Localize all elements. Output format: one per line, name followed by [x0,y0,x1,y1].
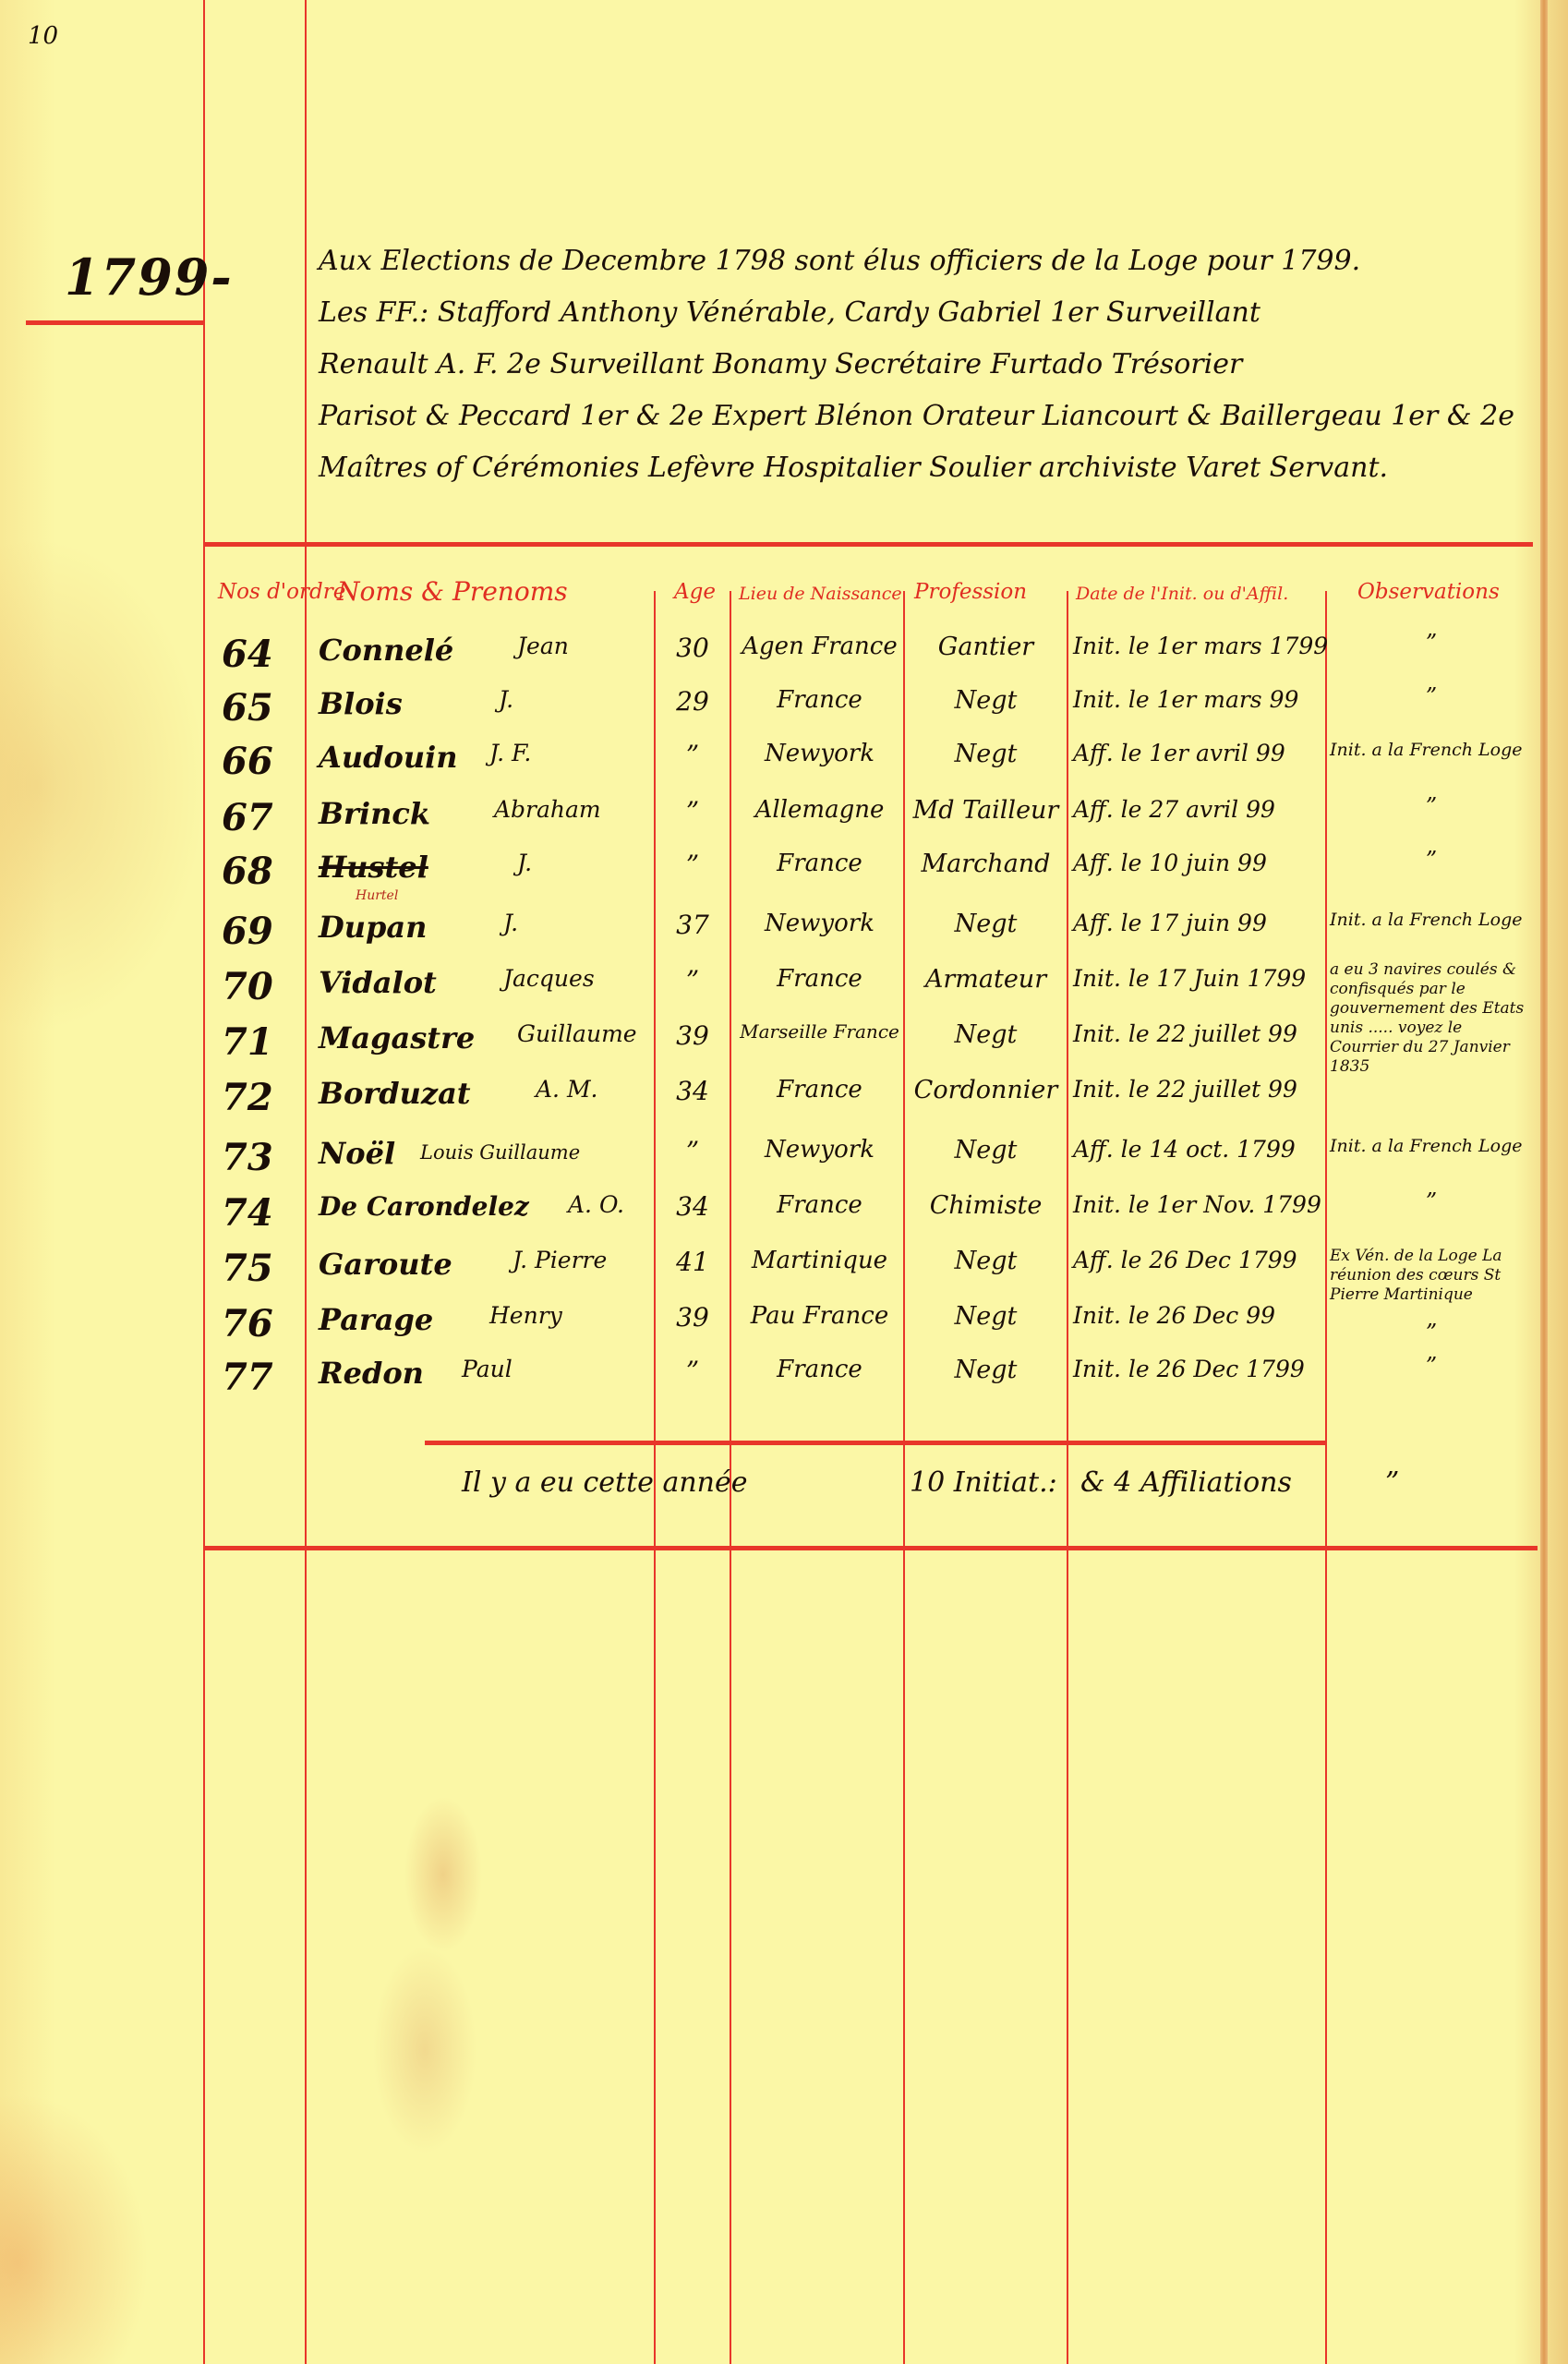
given-name: J. [499,686,513,713]
surname: Magastre [319,1020,475,1055]
observations: ” [1330,1322,1533,1343]
observations: Init. a la French Loge [1330,1136,1533,1156]
order-number: 72 [222,1076,296,1119]
intro-line: Maîtres of Cérémonies Lefèvre Hospitalie… [319,442,1538,494]
observations: ” [1330,1191,1533,1212]
observations: ” [1330,686,1533,706]
surname: Brinck [319,796,430,831]
summary-affiliations: & 4 Affiliations [1080,1466,1292,1499]
header-number: Nos d'ordre [218,580,345,604]
affiliation-date: Aff. le 26 Dec 1799 [1073,1247,1322,1273]
header-observations: Observations [1357,580,1500,604]
header-birthplace: Lieu de Naissance [739,584,902,604]
order-number: 69 [222,910,296,953]
age: ” [665,796,720,826]
table-row: 76 Parage Henry 39 Pau France Negt Init.… [0,1302,1568,1357]
table-row: 74 De Carondelez A. O. 34 France Chimist… [0,1191,1568,1247]
order-number: 77 [222,1356,296,1399]
affiliation-date: Aff. le 1er avril 99 [1073,740,1322,766]
affiliation-date: Aff. le 17 juin 99 [1073,910,1322,936]
given-name: A. O. [568,1191,624,1218]
profession: Gantier [910,633,1062,661]
given-name: J. [517,850,532,876]
order-number: 65 [222,686,296,730]
given-name: Jean [517,633,569,659]
rule-summary-bottom [203,1546,1538,1550]
initiation-date: Init. le 1er Nov. 1799 [1073,1191,1322,1218]
header-age: Age [674,580,716,604]
table-row: 68 Hustel Hurtel J. ” France Marchand Af… [0,850,1568,905]
order-number: 71 [222,1020,296,1064]
profession: Md Tailleur [910,796,1062,825]
intro-line: Renault A. F. 2e Surveillant Bonamy Secr… [319,339,1538,391]
order-number: 75 [222,1247,296,1290]
surname: Noël [319,1136,395,1171]
profession: Chimiste [910,1191,1062,1220]
age: ” [665,1136,720,1166]
surname: Redon [319,1356,424,1391]
birthplace: Newyork [739,910,900,937]
age: ” [665,740,720,770]
affiliation-date: Aff. le 27 avril 99 [1073,796,1322,823]
initiation-date: Init. le 22 juillet 99 [1073,1020,1322,1047]
birthplace: Allemagne [739,796,900,824]
birthplace: Pau France [739,1302,900,1330]
initiation-date: Init. le 1er mars 99 [1073,686,1322,713]
surname: Connelé [319,633,453,668]
initiation-date: Init. le 1er mars 1799 [1073,633,1322,659]
age: 29 [665,686,720,717]
age: 37 [665,910,720,940]
given-name: J. [503,910,518,936]
surname: Borduzat [319,1076,471,1111]
intro-line: Les FF.: Stafford Anthony Vénérable, Car… [319,287,1538,339]
summary-prefix: Il y a eu cette année [462,1466,748,1499]
order-number: 73 [222,1136,296,1179]
profession: Negt [910,1247,1062,1275]
observations: ” [1330,1356,1533,1376]
given-name: Guillaume [517,1020,637,1047]
birthplace: Newyork [739,1136,900,1164]
profession: Negt [910,910,1062,938]
header-names: Noms & Prenoms [337,576,568,607]
observations: ” [1330,850,1533,870]
order-number: 64 [222,633,296,676]
birthplace: France [739,1191,900,1219]
observations: Ex Vén. de la Loge La réunion des cœurs … [1330,1247,1533,1305]
surname-correction: Hurtel [356,888,398,903]
surname: Garoute [319,1247,452,1282]
table-row: 66 Audouin J. F. ” Newyork Negt Aff. le … [0,740,1568,795]
page-number: 10 [28,22,58,50]
profession: Negt [910,1302,1062,1331]
age: ” [665,1356,720,1386]
birthplace: Agen France [739,633,900,660]
order-number: 66 [222,740,296,783]
order-number: 74 [222,1191,296,1235]
surname: Blois [319,686,403,721]
intro-line: Parisot & Peccard 1er & 2e Expert Blénon… [319,391,1538,442]
observations: ” [1330,633,1533,653]
profession: Negt [910,1020,1062,1049]
surname: Parage [319,1302,433,1337]
observations: Init. a la French Loge [1330,740,1533,760]
table-row: 70 Vidalot Jacques ” France Armateur Ini… [0,965,1568,1020]
birthplace: France [739,1356,900,1383]
initiation-date: Init. le 17 Juin 1799 [1073,965,1322,992]
given-name: Louis Guillaume [420,1141,580,1164]
order-number: 76 [222,1302,296,1345]
ledger-page: 10 1799- Aux Elections de Decembre 1798 … [0,0,1568,2364]
given-name: J. Pierre [513,1247,607,1273]
order-number: 68 [222,850,296,893]
affiliation-date: Aff. le 10 juin 99 [1073,850,1322,876]
affiliation-date: Aff. le 14 oct. 1799 [1073,1136,1322,1163]
profession: Negt [910,1356,1062,1384]
year-heading: 1799- [65,247,234,307]
table-row: 71 Magastre Guillaume 39 Marseille Franc… [0,1020,1568,1076]
table-row: 72 Borduzat A. M. 34 France Cordonnier I… [0,1076,1568,1131]
rule-header-top [203,542,1533,547]
given-name: Abraham [494,796,601,823]
observations: ” [1330,796,1533,816]
surname: De Carondelez [319,1191,529,1222]
birthplace: France [739,965,900,993]
order-number: 70 [222,965,296,1008]
rule-year-underline [26,320,203,325]
elections-paragraph: Aux Elections de Decembre 1798 sont élus… [319,235,1538,494]
age: ” [665,965,720,995]
age: 34 [665,1191,720,1222]
given-name: Paul [462,1356,513,1382]
table-row: 67 Brinck Abraham ” Allemagne Md Tailleu… [0,796,1568,851]
summary-observations: ” [1385,1466,1399,1499]
surname: Hustel [319,850,428,885]
intro-line: Aux Elections de Decembre 1798 sont élus… [319,235,1538,287]
profession: Negt [910,740,1062,768]
surname: Audouin [319,740,458,775]
table-row: 65 Blois J. 29 France Negt Init. le 1er … [0,686,1568,742]
initiation-date: Init. le 26 Dec 99 [1073,1302,1322,1329]
given-name: J. F. [489,740,531,766]
surname: Vidalot [319,965,437,1000]
birthplace: France [739,850,900,877]
given-name: A. M. [536,1076,598,1103]
initiation-date: Init. le 22 juillet 99 [1073,1076,1322,1103]
summary-initiations: 10 Initiat.: [910,1466,1057,1499]
header-date: Date de l'Init. ou d'Affil. [1076,584,1288,604]
birthplace: Martinique [739,1247,900,1274]
given-name: Jacques [503,965,595,992]
profession: Cordonnier [910,1076,1062,1104]
birthplace: France [739,1076,900,1104]
age: ” [665,850,720,880]
table-row: 64 Connelé Jean 30 Agen France Gantier I… [0,633,1568,688]
header-profession: Profession [914,580,1027,604]
age: 30 [665,633,720,663]
observations: Init. a la French Loge [1330,910,1533,930]
table-row: 75 Garoute J. Pierre 41 Martinique Negt … [0,1247,1568,1302]
age: 41 [665,1247,720,1277]
birthplace: France [739,686,900,714]
initiation-date: Init. le 26 Dec 1799 [1073,1356,1322,1382]
rule-summary-top [425,1441,1325,1445]
age: 34 [665,1076,720,1106]
table-row: 77 Redon Paul ” France Negt Init. le 26 … [0,1356,1568,1411]
table-row: 69 Dupan J. 37 Newyork Negt Aff. le 17 j… [0,910,1568,965]
profession: Negt [910,686,1062,715]
given-name: Henry [489,1302,562,1329]
surname: Dupan [319,910,427,945]
table-row: 73 Noël Louis Guillaume ” Newyork Negt A… [0,1136,1568,1191]
age: 39 [665,1302,720,1333]
profession: Marchand [910,850,1062,878]
birthplace: Newyork [739,740,900,767]
order-number: 67 [222,796,296,839]
profession: Armateur [910,965,1062,994]
profession: Negt [910,1136,1062,1164]
birthplace: Marseille France [739,1020,900,1043]
age: 39 [665,1020,720,1051]
